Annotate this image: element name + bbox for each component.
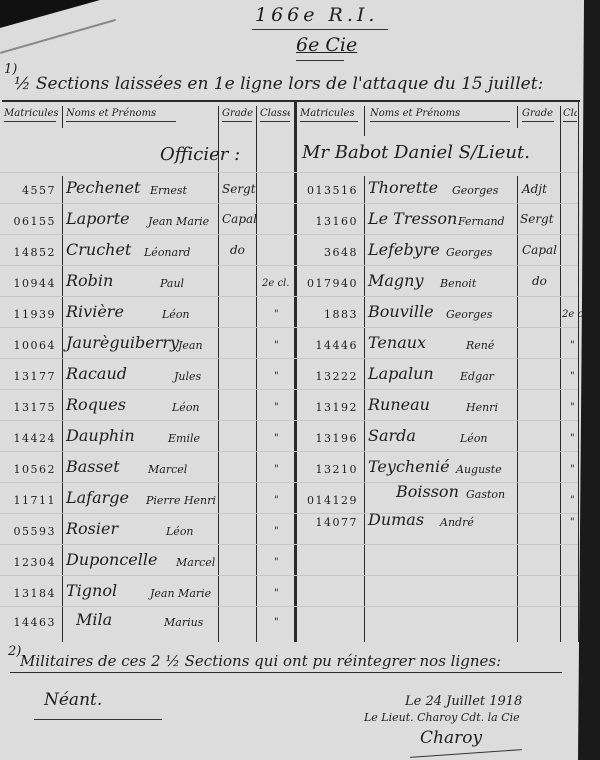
surname: Teychenié	[368, 457, 450, 476]
matricule: 13210	[300, 463, 358, 476]
col-divider	[364, 106, 365, 136]
classe: "	[570, 402, 575, 413]
report-date: Le 24 Juillet 1918	[405, 694, 522, 709]
matricule: 014129	[300, 494, 358, 507]
section-2-rule	[10, 672, 562, 673]
col-divider	[62, 106, 63, 128]
col-divider	[256, 106, 257, 642]
given-name: Marcel	[176, 556, 215, 569]
surname: Jaurèguiberry	[66, 333, 179, 352]
ruled-line	[0, 389, 578, 390]
given-name: Léon	[162, 308, 190, 321]
classe: "	[274, 557, 279, 568]
col-divider	[218, 106, 219, 642]
classe: "	[570, 433, 575, 444]
surname: Robin	[66, 271, 113, 290]
given-name: Edgar	[460, 370, 494, 383]
ruled-line	[0, 544, 578, 545]
given-name: Léon	[172, 401, 200, 414]
matricule: 13160	[300, 215, 358, 228]
matricule: 13222	[300, 370, 358, 383]
col-divider	[62, 176, 63, 642]
title-divider	[252, 29, 388, 30]
col-divider	[560, 106, 561, 642]
surname: Sarda	[368, 426, 416, 445]
header-classe-left: Classe	[260, 108, 290, 122]
matricule: 06155	[8, 215, 56, 228]
surname: Rosier	[66, 519, 118, 538]
result-underline	[34, 719, 162, 720]
given-name: René	[466, 339, 494, 352]
ruled-line	[0, 451, 578, 452]
title-underline	[296, 60, 344, 61]
surname: Lapalun	[368, 364, 434, 383]
matricule: 13196	[300, 432, 358, 445]
given-name: Ernest	[150, 184, 187, 197]
header-matricule-left: Matricules	[4, 108, 56, 122]
classe: "	[274, 526, 279, 537]
surname: Duponcelle	[66, 550, 157, 569]
matricule: 12304	[8, 556, 56, 569]
matricule: 10944	[8, 277, 56, 290]
ruled-line	[0, 172, 578, 173]
officer-name: Mr Babot Daniel S/Lieut.	[302, 142, 530, 163]
grade: Sergt	[520, 212, 554, 226]
surname: Dauphin	[66, 426, 135, 445]
given-name: Jean	[178, 339, 203, 352]
surname: Tenaux	[368, 333, 426, 352]
given-name: Paul	[160, 277, 184, 290]
header-grade-right: Grade	[522, 108, 554, 122]
col-divider	[364, 176, 365, 642]
classe: "	[274, 309, 279, 320]
matricule: 14424	[8, 432, 56, 445]
ruled-line	[0, 575, 578, 576]
matricule: 017940	[300, 277, 358, 290]
ruled-line	[0, 482, 578, 483]
classe: "	[274, 433, 279, 444]
classe: "	[274, 402, 279, 413]
given-name: Emile	[168, 432, 200, 445]
result-text: Néant.	[44, 690, 102, 710]
ruled-line	[0, 327, 578, 328]
given-name: Léonard	[144, 246, 190, 259]
matricule: 14463	[8, 616, 56, 629]
classe: "	[274, 617, 279, 628]
matricule: 13192	[300, 401, 358, 414]
matricule: 10064	[8, 339, 56, 352]
section-1-rule	[2, 100, 580, 102]
col-divider	[517, 106, 518, 128]
section-1-title: ½ Sections laissées en 1e ligne lors de …	[14, 74, 543, 94]
given-name: Jean Marie	[148, 215, 209, 228]
surname: Magny	[368, 271, 424, 290]
classe: "	[570, 340, 575, 351]
grade: Capal	[222, 212, 257, 226]
given-name: Marcel	[148, 463, 187, 476]
surname: Cruchet	[66, 240, 131, 259]
surname: Laporte	[66, 209, 130, 228]
ruled-line	[0, 420, 578, 421]
matricule: 14077	[300, 516, 358, 529]
matricule: 13177	[8, 370, 56, 383]
surname: Lefebyre	[368, 240, 440, 259]
ruled-line	[0, 234, 578, 235]
given-name: Léon	[166, 525, 194, 538]
classe: "	[274, 371, 279, 382]
grade: do	[532, 274, 547, 288]
ruled-line	[0, 513, 578, 514]
grade: Sergt	[222, 182, 256, 196]
classe: "	[274, 340, 279, 351]
given-name: Marius	[164, 616, 203, 629]
surname: Runeau	[368, 395, 430, 414]
given-name: André	[440, 516, 474, 529]
company-title: 6e Cie	[296, 34, 357, 56]
classe: "	[570, 495, 575, 506]
given-name: Georges	[446, 246, 492, 259]
matricule: 4557	[8, 184, 56, 197]
matricule: 14852	[8, 246, 56, 259]
given-name: Auguste	[456, 463, 502, 476]
given-name: Fernand	[458, 215, 505, 228]
given-name: Henri	[466, 401, 498, 414]
grade: do	[230, 243, 245, 257]
header-grade-left: Grade	[222, 108, 252, 122]
given-name: Léon	[460, 432, 488, 445]
classe: "	[570, 371, 575, 382]
classe: "	[570, 517, 575, 528]
classe: "	[274, 464, 279, 475]
ruled-line	[0, 296, 578, 297]
matricule: 10562	[8, 463, 56, 476]
given-name: Georges	[452, 184, 498, 197]
col-divider	[517, 176, 518, 642]
signature: Charoy	[420, 728, 482, 748]
surname: Bouville	[368, 302, 434, 321]
given-name: Jules	[174, 370, 201, 383]
given-name: Gaston	[466, 488, 505, 501]
grade: Adjt	[522, 182, 547, 196]
surname: Racaud	[66, 364, 127, 383]
surname: Tignol	[66, 581, 117, 600]
section-2-title: Militaires de ces 2 ½ Sections qui ont p…	[20, 652, 501, 670]
matricule: 05593	[8, 525, 56, 538]
matricule: 13175	[8, 401, 56, 414]
signatory-line: Le Lieut. Charoy Cdt. la Cie	[364, 711, 520, 724]
header-names-left: Noms et Prénoms	[66, 108, 176, 122]
classe: "	[570, 464, 575, 475]
header-matricule-right: Matricules	[300, 108, 358, 122]
given-name: Pierre Henri	[146, 494, 216, 507]
ruled-line	[0, 265, 578, 266]
signature-underline	[410, 749, 522, 758]
ruled-line	[0, 606, 578, 607]
classe: "	[274, 588, 279, 599]
header-names-right: Noms et Prénoms	[370, 108, 510, 122]
given-name: Georges	[446, 308, 492, 321]
surname: Pechenet	[66, 178, 140, 197]
regiment-title: 166e R.I.	[255, 4, 378, 26]
surname: Boisson	[396, 482, 459, 501]
classe: 2e cl.	[562, 309, 589, 320]
grade: Capal	[522, 243, 557, 257]
ruled-line	[0, 358, 578, 359]
surname: Rivière	[66, 302, 124, 321]
officer-label: Officier :	[160, 144, 240, 165]
matricule: 3648	[300, 246, 358, 259]
table-right-border	[578, 102, 579, 642]
surname: Dumas	[368, 510, 424, 529]
classe: "	[274, 495, 279, 506]
surname: Mila	[76, 610, 112, 629]
given-name: Benoit	[440, 277, 476, 290]
matricule: 1883	[300, 308, 358, 321]
classe: 2e cl.	[262, 278, 289, 289]
matricule: 14446	[300, 339, 358, 352]
surname: Basset	[66, 457, 120, 476]
surname: Thorette	[368, 178, 438, 197]
header-classe-right: Classe	[563, 108, 577, 122]
matricule: 11711	[8, 494, 56, 507]
table-center-divider	[294, 102, 297, 642]
matricule: 11939	[8, 308, 56, 321]
matricule: 013516	[300, 184, 358, 197]
matricule: 13184	[8, 587, 56, 600]
surname: Le Tresson	[368, 209, 457, 228]
surname: Lafarge	[66, 488, 129, 507]
surname: Roques	[66, 395, 126, 414]
given-name: Jean Marie	[150, 587, 211, 600]
ruled-line	[0, 203, 578, 204]
document-page: 166e R.I. 6e Cie 1) ½ Sections laissées …	[0, 0, 584, 760]
